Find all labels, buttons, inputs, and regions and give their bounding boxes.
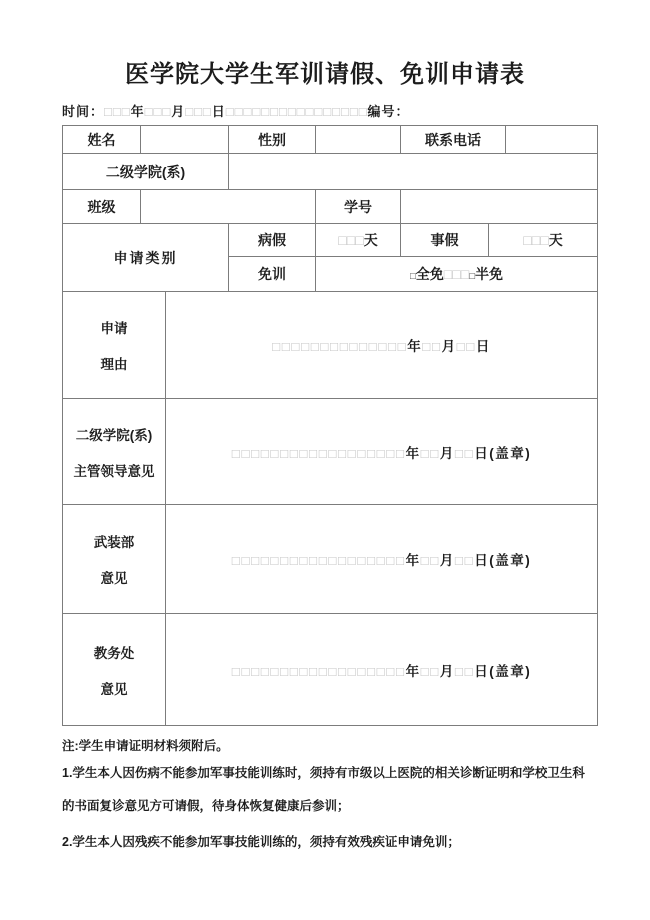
academic-office-label-line1: 教务处	[63, 642, 165, 662]
notes-section: 注:学生申请证明材料须附后。 1.学生本人因伤病不能参加军事技能训练时，须持有市…	[62, 736, 596, 859]
academic-office-label-line2: 意见	[63, 678, 165, 698]
name-input-cell[interactable]	[141, 126, 229, 154]
academic-office-opinion-content-cell[interactable]: □□□□□□□□□□□□□□□□□□年□□月□□日(盖章)	[166, 614, 598, 726]
reason-label: 申请 理由	[63, 292, 166, 399]
armed-dept-date-line[interactable]: □□□□□□□□□□□□□□□□□□年□□月□□日(盖章)	[166, 549, 597, 569]
college-opinion-label: 二级学院(系) 主管领导意见	[63, 399, 166, 505]
college-opinion-date-line[interactable]: □□□□□□□□□□□□□□□□□□年□□月□□日(盖章)	[166, 442, 597, 462]
personal-leave-days-cell[interactable]: □□□天	[489, 224, 598, 257]
exempt-options-cell[interactable]: □全免□□□□半免	[316, 257, 598, 292]
sick-leave-days-cell[interactable]: □□□天	[316, 224, 401, 257]
reason-date-line[interactable]: □□□□□□□□□□□□□□年□□月□□日	[166, 335, 597, 355]
college-opinion-content-cell[interactable]: □□□□□□□□□□□□□□□□□□年□□月□□日(盖章)	[166, 399, 598, 505]
college-input-cell[interactable]	[229, 154, 598, 190]
college-label: 二级学院(系)	[63, 154, 229, 190]
form-title: 医学院大学生军训请假、免训申请表	[0, 0, 650, 89]
reason-label-line2: 理由	[63, 353, 165, 373]
gender-input-cell[interactable]	[316, 126, 401, 154]
row-academic-office-opinion: 教务处 意见 □□□□□□□□□□□□□□□□□□年□□月□□日(盖章)	[63, 614, 598, 726]
row-college: 二级学院(系)	[63, 154, 598, 190]
notes-heading: 注:学生申请证明材料须附后。	[62, 736, 596, 754]
row-identity: 姓名 性别 联系电话	[63, 126, 598, 154]
phone-input-cell[interactable]	[506, 126, 598, 154]
row-leave-type: 申请类别 病假 □□□天 事假 □□□天	[63, 224, 598, 257]
name-label: 姓名	[63, 126, 141, 154]
sick-leave-label: 病假	[229, 224, 316, 257]
phone-label: 联系电话	[401, 126, 506, 154]
armed-dept-opinion-label: 武装部 意见	[63, 505, 166, 614]
armed-dept-opinion-content-cell[interactable]: □□□□□□□□□□□□□□□□□□年□□月□□日(盖章)	[166, 505, 598, 614]
form-document: 医学院大学生军训请假、免训申请表 时间：□□□年□□□月□□□日□□□□□□□□…	[0, 0, 650, 920]
armed-dept-label-line2: 意见	[63, 567, 165, 587]
row-class: 班级 学号	[63, 190, 598, 224]
note-item-2: 2.学生本人因残疾不能参加军事技能训练的，须持有效残疾证申请免训；	[62, 826, 596, 859]
row-college-opinion: 二级学院(系) 主管领导意见 □□□□□□□□□□□□□□□□□□年□□月□□日…	[63, 399, 598, 505]
exempt-label: 免训	[229, 257, 316, 292]
academic-office-date-line[interactable]: □□□□□□□□□□□□□□□□□□年□□月□□日(盖章)	[166, 660, 597, 680]
reason-content-cell[interactable]: □□□□□□□□□□□□□□年□□月□□日	[166, 292, 598, 399]
note-item-1: 1.学生本人因伤病不能参加军事技能训练时，须持有市级以上医院的相关诊断证明和学校…	[62, 757, 596, 823]
academic-office-opinion-label: 教务处 意见	[63, 614, 166, 726]
row-armed-dept-opinion: 武装部 意见 □□□□□□□□□□□□□□□□□□年□□月□□日(盖章)	[63, 505, 598, 614]
armed-dept-label-line1: 武装部	[63, 531, 165, 551]
college-opinion-label-line1: 二级学院(系)	[63, 424, 165, 444]
meta-fill-line[interactable]: 时间：□□□年□□□月□□□日□□□□□□□□□□□□□□□□编号：	[62, 101, 650, 120]
personal-leave-label: 事假	[401, 224, 489, 257]
apply-type-label: 申请类别	[63, 224, 229, 292]
college-opinion-label-line2: 主管领导意见	[63, 460, 165, 480]
gender-label: 性别	[229, 126, 316, 154]
student-id-label: 学号	[316, 190, 401, 224]
class-label: 班级	[63, 190, 141, 224]
student-id-input-cell[interactable]	[401, 190, 598, 224]
class-input-cell[interactable]	[141, 190, 316, 224]
reason-label-line1: 申请	[63, 317, 165, 337]
row-reason: 申请 理由 □□□□□□□□□□□□□□年□□月□□日	[63, 292, 598, 399]
application-table: 姓名 性别 联系电话 二级学院(系) 班级 学号 申请类别 病假 □□□天 事假…	[62, 125, 598, 726]
